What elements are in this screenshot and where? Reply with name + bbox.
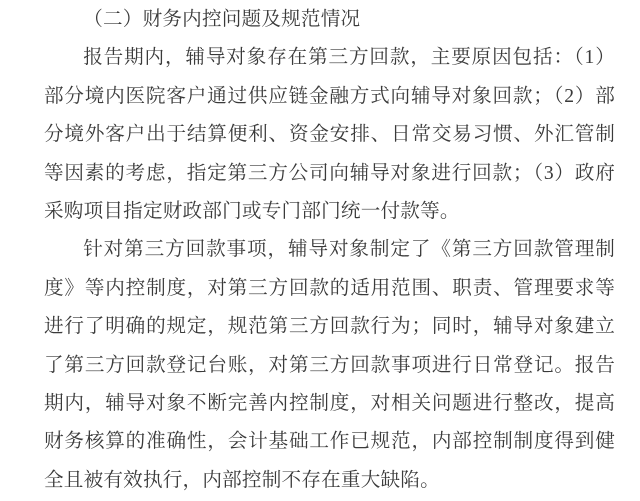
- paragraph-internal-control-measures: 针对第三方回款事项，辅导对象制定了《第三方回款管理制度》等内控制度，对第三方回款…: [44, 231, 615, 500]
- paragraph-third-party-payment-reasons: 报告期内，辅导对象存在第三方回款，主要原因包括：（1）部分境内医院客户通过供应链…: [44, 39, 615, 231]
- document-page: （二）财务内控问题及规范情况 报告期内，辅导对象存在第三方回款，主要原因包括：（…: [0, 0, 640, 501]
- section-heading: （二）财务内控问题及规范情况: [44, 1, 615, 39]
